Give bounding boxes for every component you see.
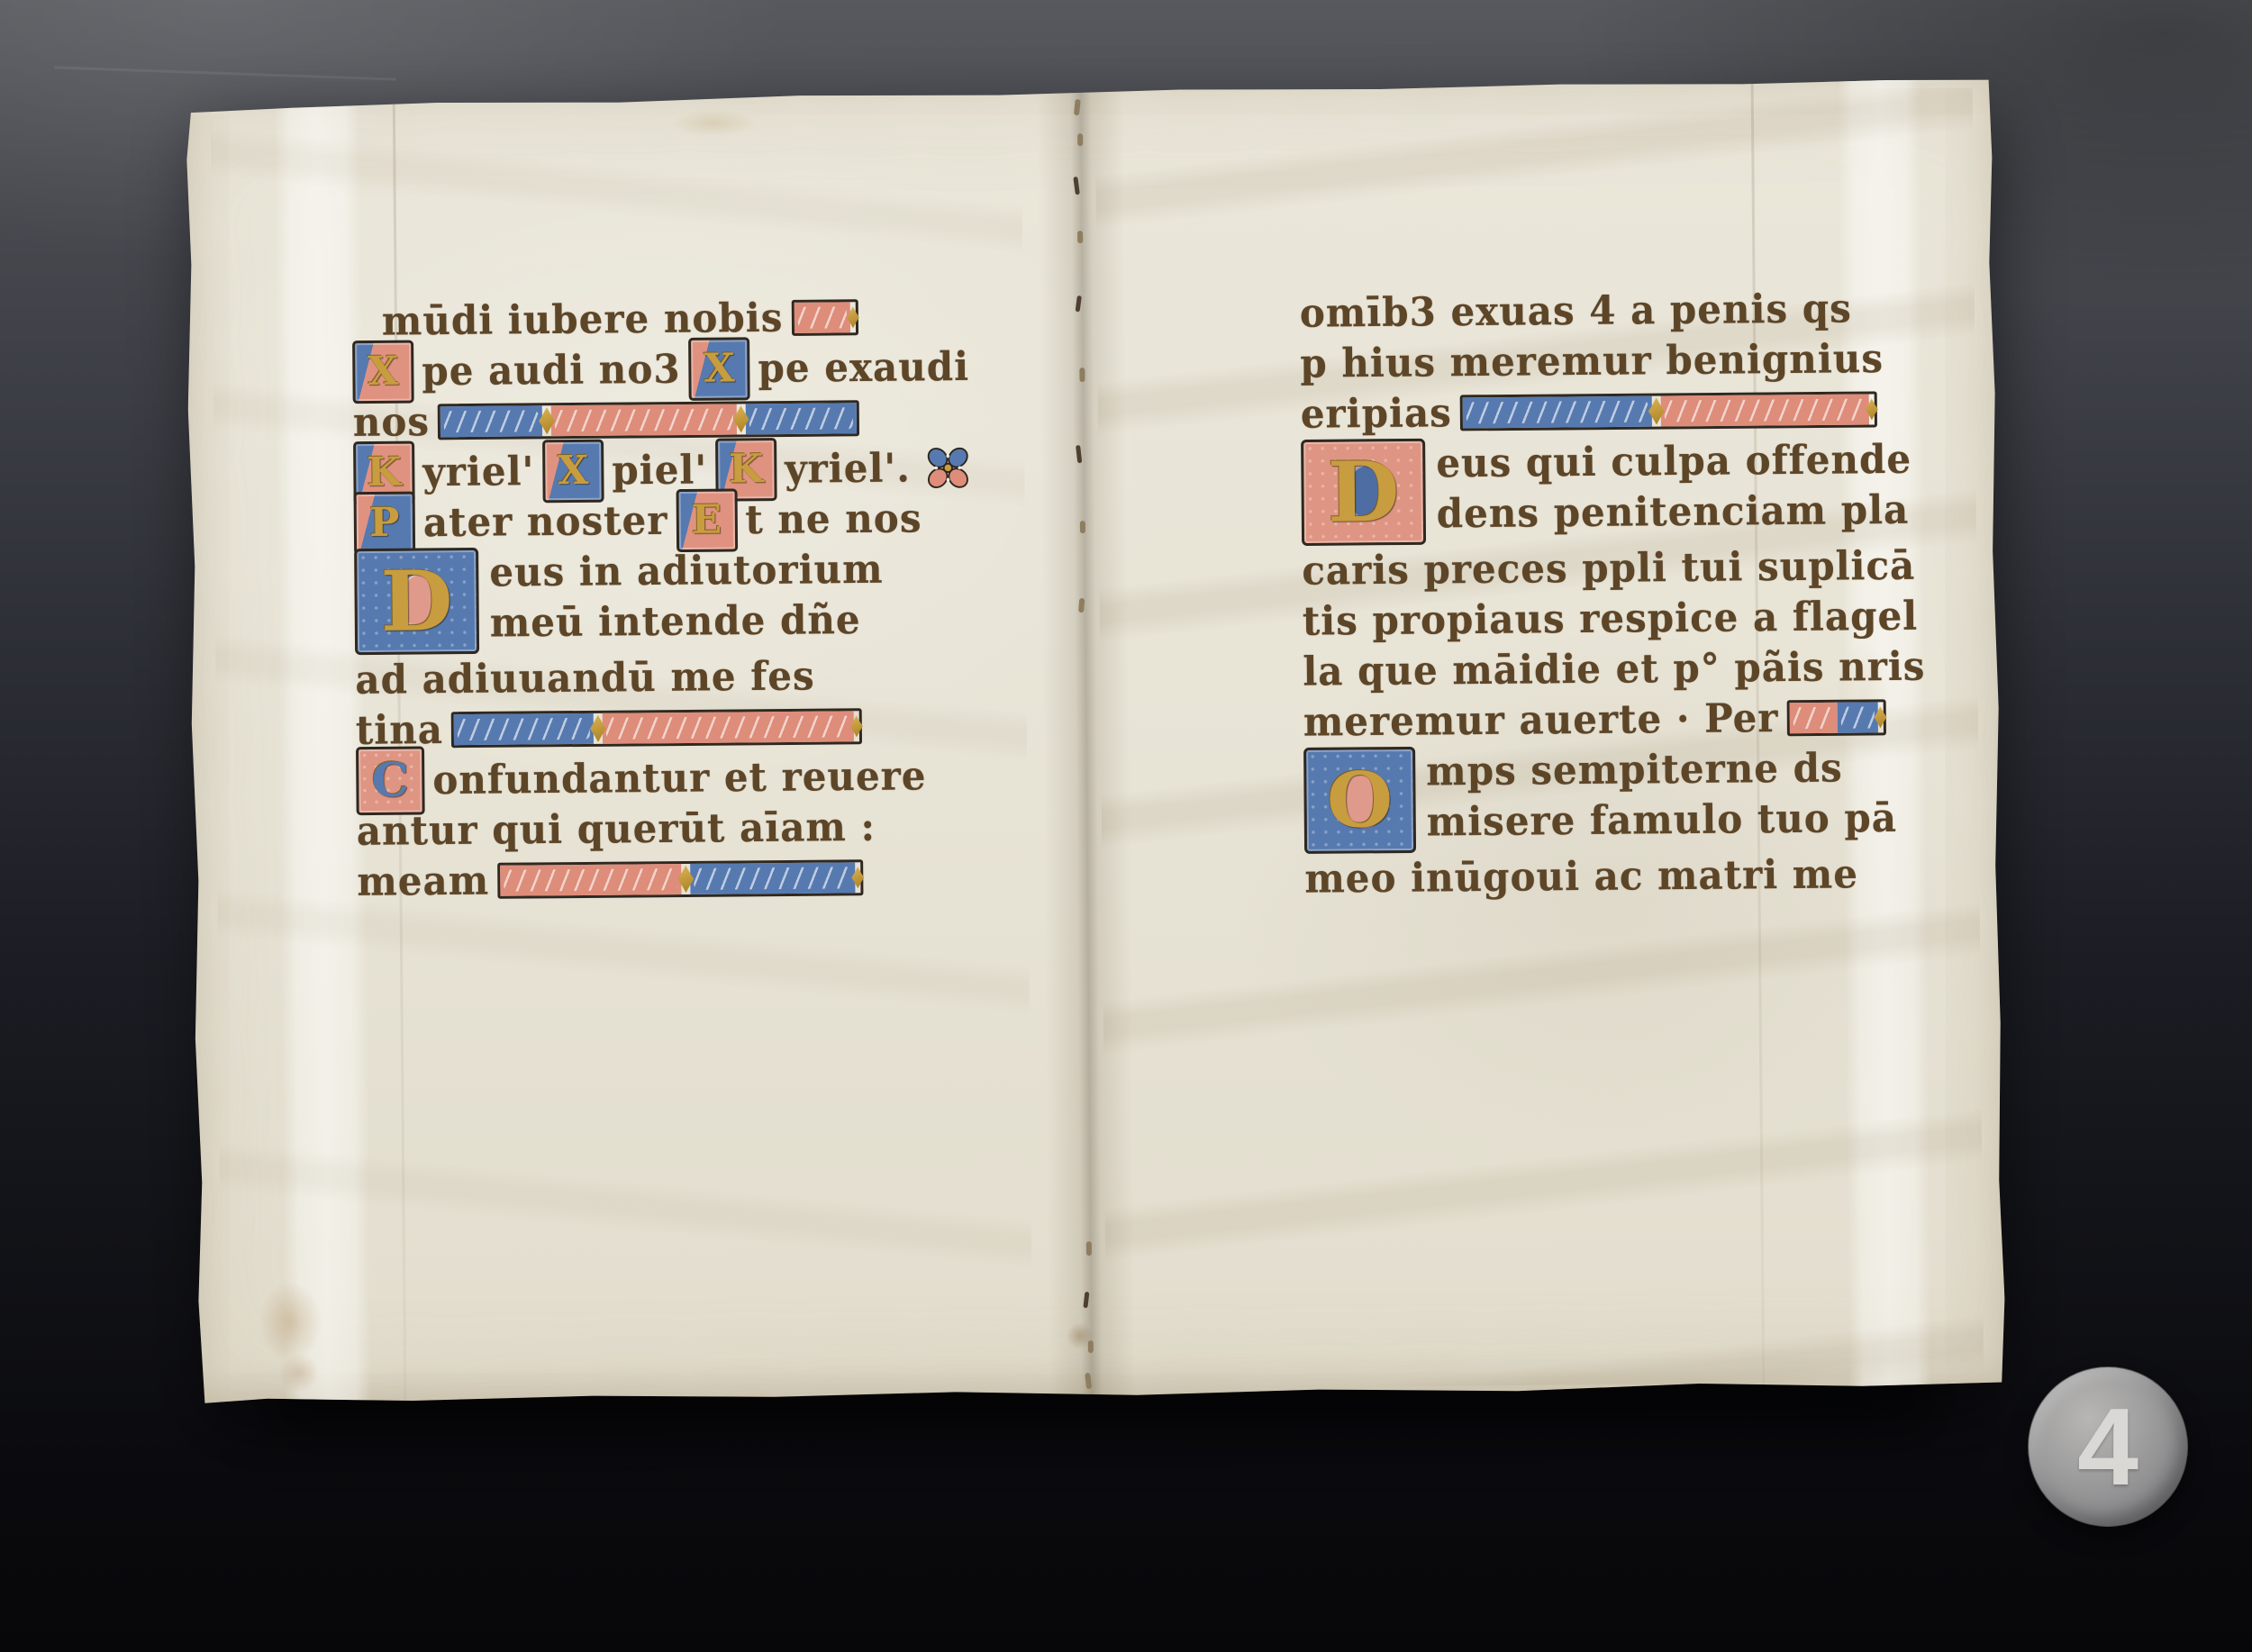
illuminated-initial: X (352, 340, 414, 404)
initial-letter: K (367, 453, 402, 493)
manuscript-line: tina (356, 701, 862, 756)
fold-stitch (1079, 368, 1085, 382)
manuscript-line: tis propiaus respice a flagel (1303, 591, 1879, 647)
line-text: la que māidie et p° pãis nris (1303, 647, 1925, 692)
line-text: yriel'. (785, 449, 911, 489)
illuminated-initial: X (542, 440, 604, 504)
initial-letter: E (691, 501, 722, 540)
illuminated-initial: X (688, 337, 750, 401)
filler-segment (551, 404, 737, 436)
filler-segment (745, 403, 857, 434)
quatrefoil-ornament (922, 442, 973, 493)
line-text: ad adiuuandū me fes (355, 657, 815, 701)
line-text: dens penitenciam pla (1437, 490, 1910, 534)
line-text: pe exaudi (758, 347, 969, 388)
initial-letter: X (558, 451, 589, 491)
line-text: onfundantur et reuere (432, 757, 927, 801)
manuscript-line: eus in adiutorium (489, 544, 860, 598)
manuscript-line: meremur auerte · Per (1303, 692, 1880, 748)
line-text: misere famulo tuo pā (1427, 798, 1898, 842)
indented-lines: mps sempiterne ds misere famulo tuo pā (1426, 742, 1881, 847)
wall-scratch (54, 66, 396, 80)
initial-group: D eus qui culpa offende dens penitenciam… (1301, 434, 1878, 546)
initial-group: O mps sempiterne ds misere famulo tuo pā (1303, 742, 1881, 854)
filler-segment (1789, 703, 1838, 733)
line-text: yriel' (422, 451, 534, 492)
fold-stitch (1080, 521, 1085, 533)
manuscript-line: eripias (1301, 384, 1877, 440)
illuminated-initial-large: D (354, 548, 479, 655)
manuscript-bifolium: mūdi iubere nobis X pe audi no3 X pe exa… (184, 78, 2008, 1406)
initial-group: D eus in adiutorium meū intende dñe (354, 544, 861, 655)
line-text: eus in adiutorium (489, 549, 884, 593)
filler-segment (1661, 394, 1869, 426)
line-text: tina (356, 710, 443, 750)
line-text: eripias (1301, 393, 1452, 434)
line-text: p hius meremur benignius (1300, 339, 1884, 384)
right-page-text-block: omīb3 exuas 4 a penis qs p hius meremur … (1300, 283, 1882, 904)
filler-segment (454, 713, 594, 745)
filler-segment (440, 405, 542, 437)
line-text: antur qui querūt aīam : (357, 807, 876, 851)
exhibit-number-token: 4 (2028, 1366, 2188, 1527)
line-text: ater noster (423, 501, 668, 542)
manuscript-line: misere famulo tuo pā (1427, 793, 1881, 847)
manuscript-line: K yriel' X piel' K yriel'. (353, 443, 859, 498)
initial-letter: D (1327, 450, 1400, 534)
manuscript-line: la que māidie et p° pãis nris (1303, 641, 1879, 697)
initial-letter: K (729, 449, 764, 489)
illuminated-initial: P (354, 492, 416, 556)
illuminated-initial-large: O (1303, 747, 1416, 854)
parchment-stain (259, 1281, 322, 1365)
parchment-stain (279, 1353, 319, 1393)
line-text: piel' (612, 450, 707, 491)
line-text: t ne nos (745, 499, 922, 540)
manuscript-line: meam (357, 852, 863, 907)
line-text: nos (353, 402, 431, 442)
illuminated-initial: E (676, 488, 738, 552)
line-text: mūdi iubere nobis (382, 298, 784, 341)
filler-segment (794, 302, 850, 333)
line-filler (497, 859, 864, 899)
line-text: meū intende dñe (490, 600, 861, 643)
left-page-text-block: mūdi iubere nobis X pe audi no3 X pe exa… (352, 292, 864, 907)
center-fold (1038, 86, 1136, 1399)
filler-segment (1463, 396, 1652, 429)
manuscript-line: nos (353, 393, 859, 448)
manuscript-line: P ater noster E t ne nos (354, 494, 860, 549)
filler-segment (1838, 702, 1878, 732)
line-filler (1786, 699, 1885, 736)
manuscript-line: mūdi iubere nobis (352, 292, 858, 347)
line-text: mps sempiterne ds (1426, 749, 1843, 792)
filler-segment (603, 711, 854, 743)
line-text: meam (357, 861, 489, 902)
line-filler (1460, 391, 1877, 431)
initial-letter: O (1327, 762, 1394, 839)
manuscript-line: mps sempiterne ds (1426, 742, 1880, 796)
initial-letter: X (368, 352, 399, 392)
filler-segment (500, 864, 682, 896)
line-text: eus qui culpa offende (1436, 440, 1911, 484)
line-filler (791, 299, 858, 336)
fold-stitch (1086, 1241, 1092, 1256)
manuscript-line: antur qui querūt aīam : (357, 802, 863, 857)
line-filler (451, 708, 862, 748)
fold-stitch (1077, 133, 1083, 146)
initial-letter: C (371, 758, 409, 804)
manuscript-line: ad adiuuandū me fes (355, 650, 861, 705)
indented-lines: eus qui culpa offende dens penitenciam p… (1436, 434, 1878, 539)
manuscript-line: X pe audi no3 X pe exaudi (352, 342, 858, 397)
initial-letter: X (704, 349, 735, 388)
filler-segment (690, 862, 855, 894)
line-text: meremur auerte · Per (1303, 698, 1779, 742)
parchment-stain (1067, 1322, 1094, 1349)
exhibit-number: 4 (2077, 1392, 2138, 1502)
line-text: tis propiaus respice a flagel (1303, 596, 1919, 641)
manuscript-line: C onfundantur et reuere (356, 751, 862, 806)
line-text: pe audi no3 (422, 349, 681, 392)
manuscript-line: meū intende dñe (490, 595, 861, 649)
manuscript-line: caris preces ppli tui suplicā (1302, 540, 1878, 596)
manuscript-line: dens penitenciam pla (1437, 485, 1878, 539)
line-text: caris preces ppli tui suplicā (1302, 546, 1915, 591)
line-text: meo inūgoui ac matri me (1304, 855, 1858, 899)
manuscript-line: p hius meremur benignius (1300, 333, 1876, 389)
illuminated-initial: C (356, 747, 425, 816)
initial-letter: P (369, 504, 399, 543)
fold-stitch (1077, 231, 1083, 243)
initial-letter: D (380, 559, 453, 643)
indented-lines: eus in adiutorium meū intende dñe (489, 544, 861, 649)
illuminated-initial-large: D (1301, 439, 1426, 546)
line-text: omīb3 exuas 4 a penis qs (1300, 289, 1852, 333)
manuscript-line: eus qui culpa offende (1436, 434, 1877, 488)
manuscript-line: meo inūgoui ac matri me (1304, 849, 1881, 904)
exhibit-photo: mūdi iubere nobis X pe audi no3 X pe exa… (0, 0, 2252, 1652)
line-filler (438, 400, 859, 440)
manuscript-line: omīb3 exuas 4 a penis qs (1300, 283, 1876, 339)
